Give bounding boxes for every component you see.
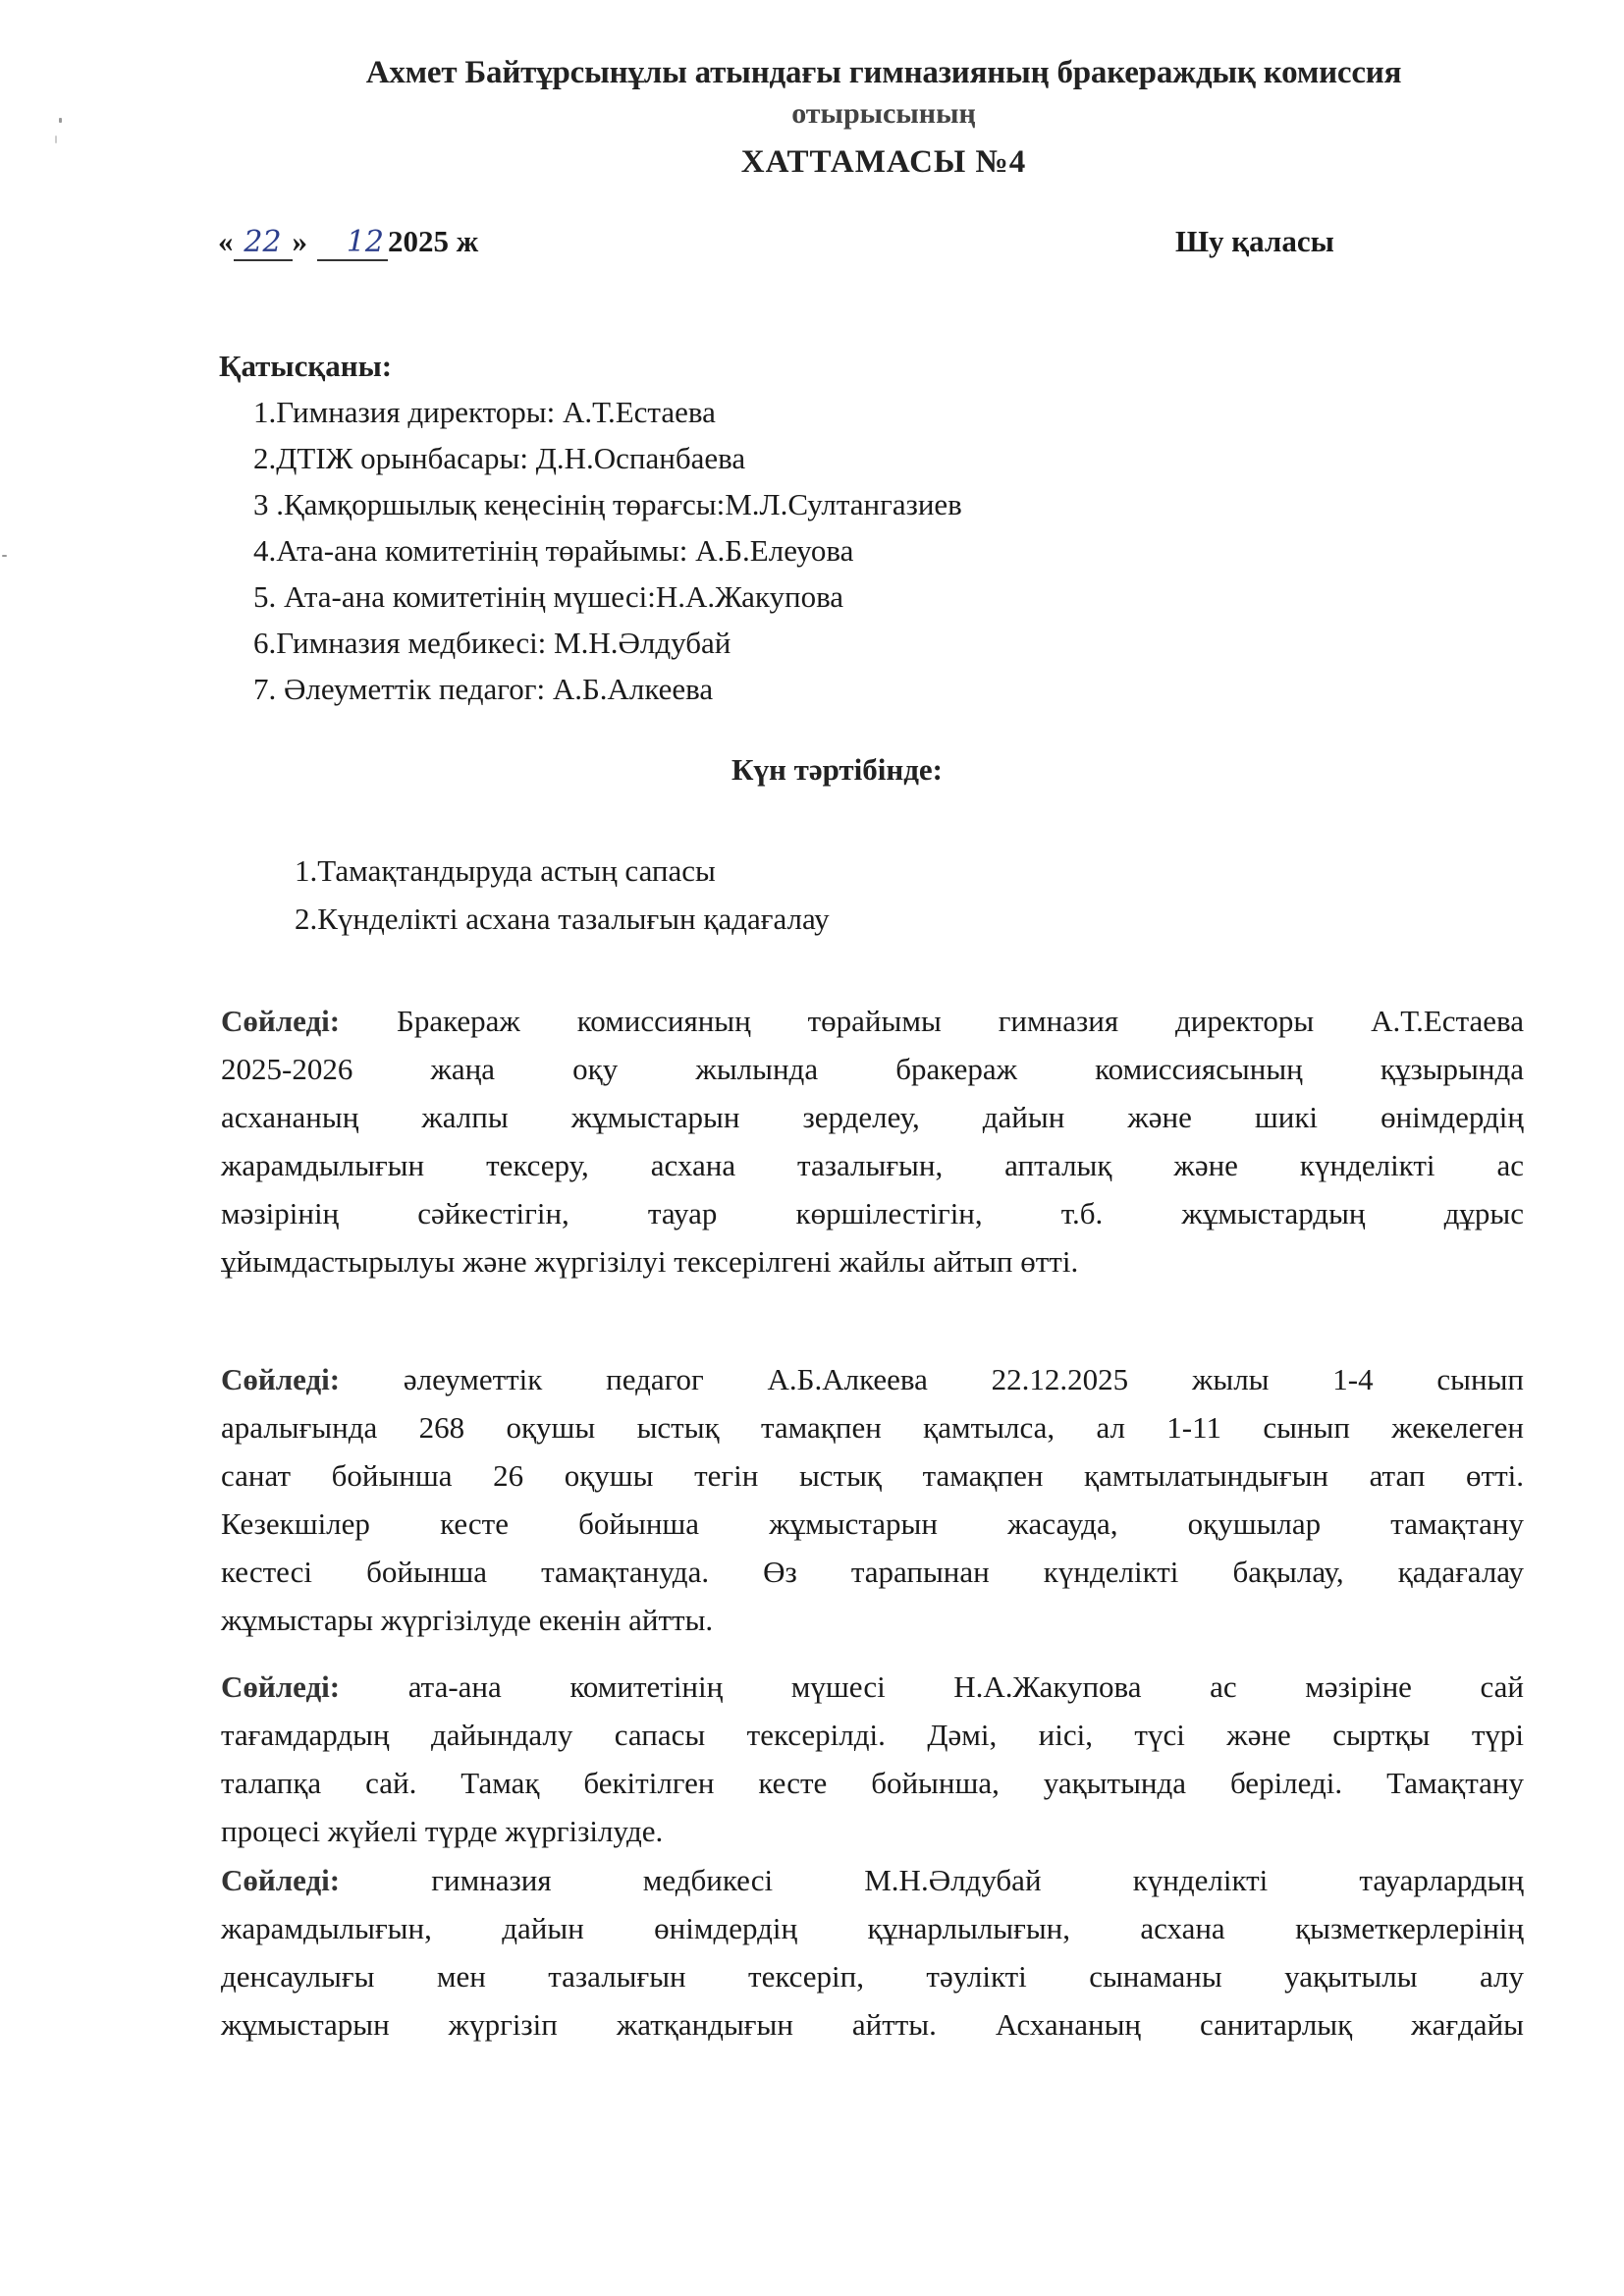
agenda-item: 1.Тамақтандыруда астың сапасы [295,847,830,895]
attendee-item: 1.Гимназия директоры: А.Т.Естаева [253,389,962,435]
line-text: әлеуметтік педагог А.Б.Алкеева 22.12.202… [340,1362,1524,1396]
close-quote: » [293,224,308,258]
document-title: Ахмет Байтұрсынұлы атындағы гимназияның … [196,51,1571,185]
paragraph-line: кестесі бойынша тамақтануда. Өз тарапына… [221,1548,1524,1596]
line-text: гимназия медбикесі М.Н.Әлдубай күнделікт… [340,1863,1524,1897]
paragraph-line: аралығында 268 оқушы ыстық тамақпен қамт… [221,1403,1524,1451]
speech-lead-label: Сөйледі: [221,1004,340,1038]
speech-lead-label: Сөйледі: [221,1863,340,1897]
line-text: Бракераж комиссияның төрайымы гимназия д… [340,1004,1524,1038]
attendee-item: 7. Әлеуметтік педагог: А.Б.Алкеева [253,666,962,712]
paragraph-line: тағамдардың дайындалу сапасы тексерілді.… [221,1711,1524,1759]
paragraph-line: жұмыстары жүргізілуде екенін айтты. [221,1596,1524,1644]
attendee-item: 2.ДТІЖ орынбасары: Д.Н.Оспанбаева [253,435,962,481]
speech-paragraph: Сөйледі: Бракераж комиссияның төрайымы г… [221,997,1524,1285]
paragraph-line: жұмыстарын жүргізіп жатқандығын айтты. А… [221,2000,1524,2049]
attendee-item: 4.Ата-ана комитетінің төрайымы: А.Б.Елеу… [253,527,962,574]
paragraph-line: мәзірінің сәйкестігін, тауар көршілестіг… [221,1189,1524,1237]
paragraph-line: денсаулығы мен тазалығын тексеріп, тәулі… [221,1952,1524,2000]
agenda-list: 1.Тамақтандыруда астың сапасы 2.Күнделік… [295,847,830,943]
agenda-item: 2.Күнделікті асхана тазалығын қадағалау [295,895,830,943]
paragraph-line: асхананың жалпы жұмыстарын зерделеу, дай… [221,1093,1524,1141]
agenda-heading: Күн тәртібінде: [731,752,943,788]
speech-lead-label: Сөйледі: [221,1669,340,1704]
title-institution: Ахмет Байтұрсынұлы атындағы гимназияның … [196,51,1571,94]
paragraph-line: ұйымдастырылуы және жүргізілуі тексерілг… [221,1237,1524,1285]
attendee-item: 3 .Қамқоршылық кеңесінің төрағсы:М.Л.Сул… [253,481,962,527]
title-protocol-number: ХАТТАМАСЫ №4 [196,139,1571,185]
paragraph-line: процесі жүйелі түрде жүргізілуде. [221,1807,1524,1855]
speech-paragraph: Сөйледі: ата-ана комитетінің мүшесі Н.А.… [221,1663,1524,1855]
city-name: Шу қаласы [1175,224,1334,259]
scan-speck [2,555,7,557]
attendees-list: 1.Гимназия директоры: А.Т.Естаева 2.ДТІЖ… [253,389,962,712]
speech-lead-label: Сөйледі: [221,1362,340,1396]
paragraph-line: 2025-2026 жаңа оқу жылында бракераж коми… [221,1045,1524,1093]
attendee-item: 6.Гимназия медбикесі: М.Н.Әлдубай [253,620,962,666]
scan-speck [59,118,62,123]
scan-speck [55,136,57,143]
year-text: 2025 ж [388,224,478,258]
handwritten-month: 12 [317,225,388,261]
paragraph-line: Кезекшілер кесте бойынша жұмыстарын жаса… [221,1500,1524,1548]
document-page: Ахмет Байтұрсынұлы атындағы гимназияның … [0,0,1624,2296]
title-meeting: отырысының [196,94,1571,134]
paragraph-line: Сөйледі: ата-ана комитетінің мүшесі Н.А.… [221,1663,1524,1711]
speech-paragraph: Сөйледі: гимназия медбикесі М.Н.Әлдубай … [221,1856,1524,2049]
line-text: ата-ана комитетінің мүшесі Н.А.Жакупова … [340,1669,1524,1704]
attendees-heading: Қатысқаны: [219,349,392,384]
handwritten-day: 22 [234,225,293,261]
paragraph-line: Сөйледі: әлеуметтік педагог А.Б.Алкеева … [221,1355,1524,1403]
paragraph-line: Сөйледі: гимназия медбикесі М.Н.Әлдубай … [221,1856,1524,1904]
paragraph-line: санат бойынша 26 оқушы тегін ыстық тамақ… [221,1451,1524,1500]
attendee-item: 5. Ата-ана комитетінің мүшесі:Н.А.Жакупо… [253,574,962,620]
document-date: «22»122025 ж [218,224,478,261]
paragraph-line: жарамдылығын тексеру, асхана тазалығын, … [221,1141,1524,1189]
paragraph-line: жарамдылығын, дайын өнімдердің құнарлылы… [221,1904,1524,1952]
open-quote: « [218,224,234,258]
speech-paragraph: Сөйледі: әлеуметтік педагог А.Б.Алкеева … [221,1355,1524,1644]
paragraph-line: Сөйледі: Бракераж комиссияның төрайымы г… [221,997,1524,1045]
paragraph-line: талапқа сай. Тамақ бекітілген кесте бойы… [221,1759,1524,1807]
date-location-row: «22»122025 ж Шу қаласы [218,224,1377,273]
